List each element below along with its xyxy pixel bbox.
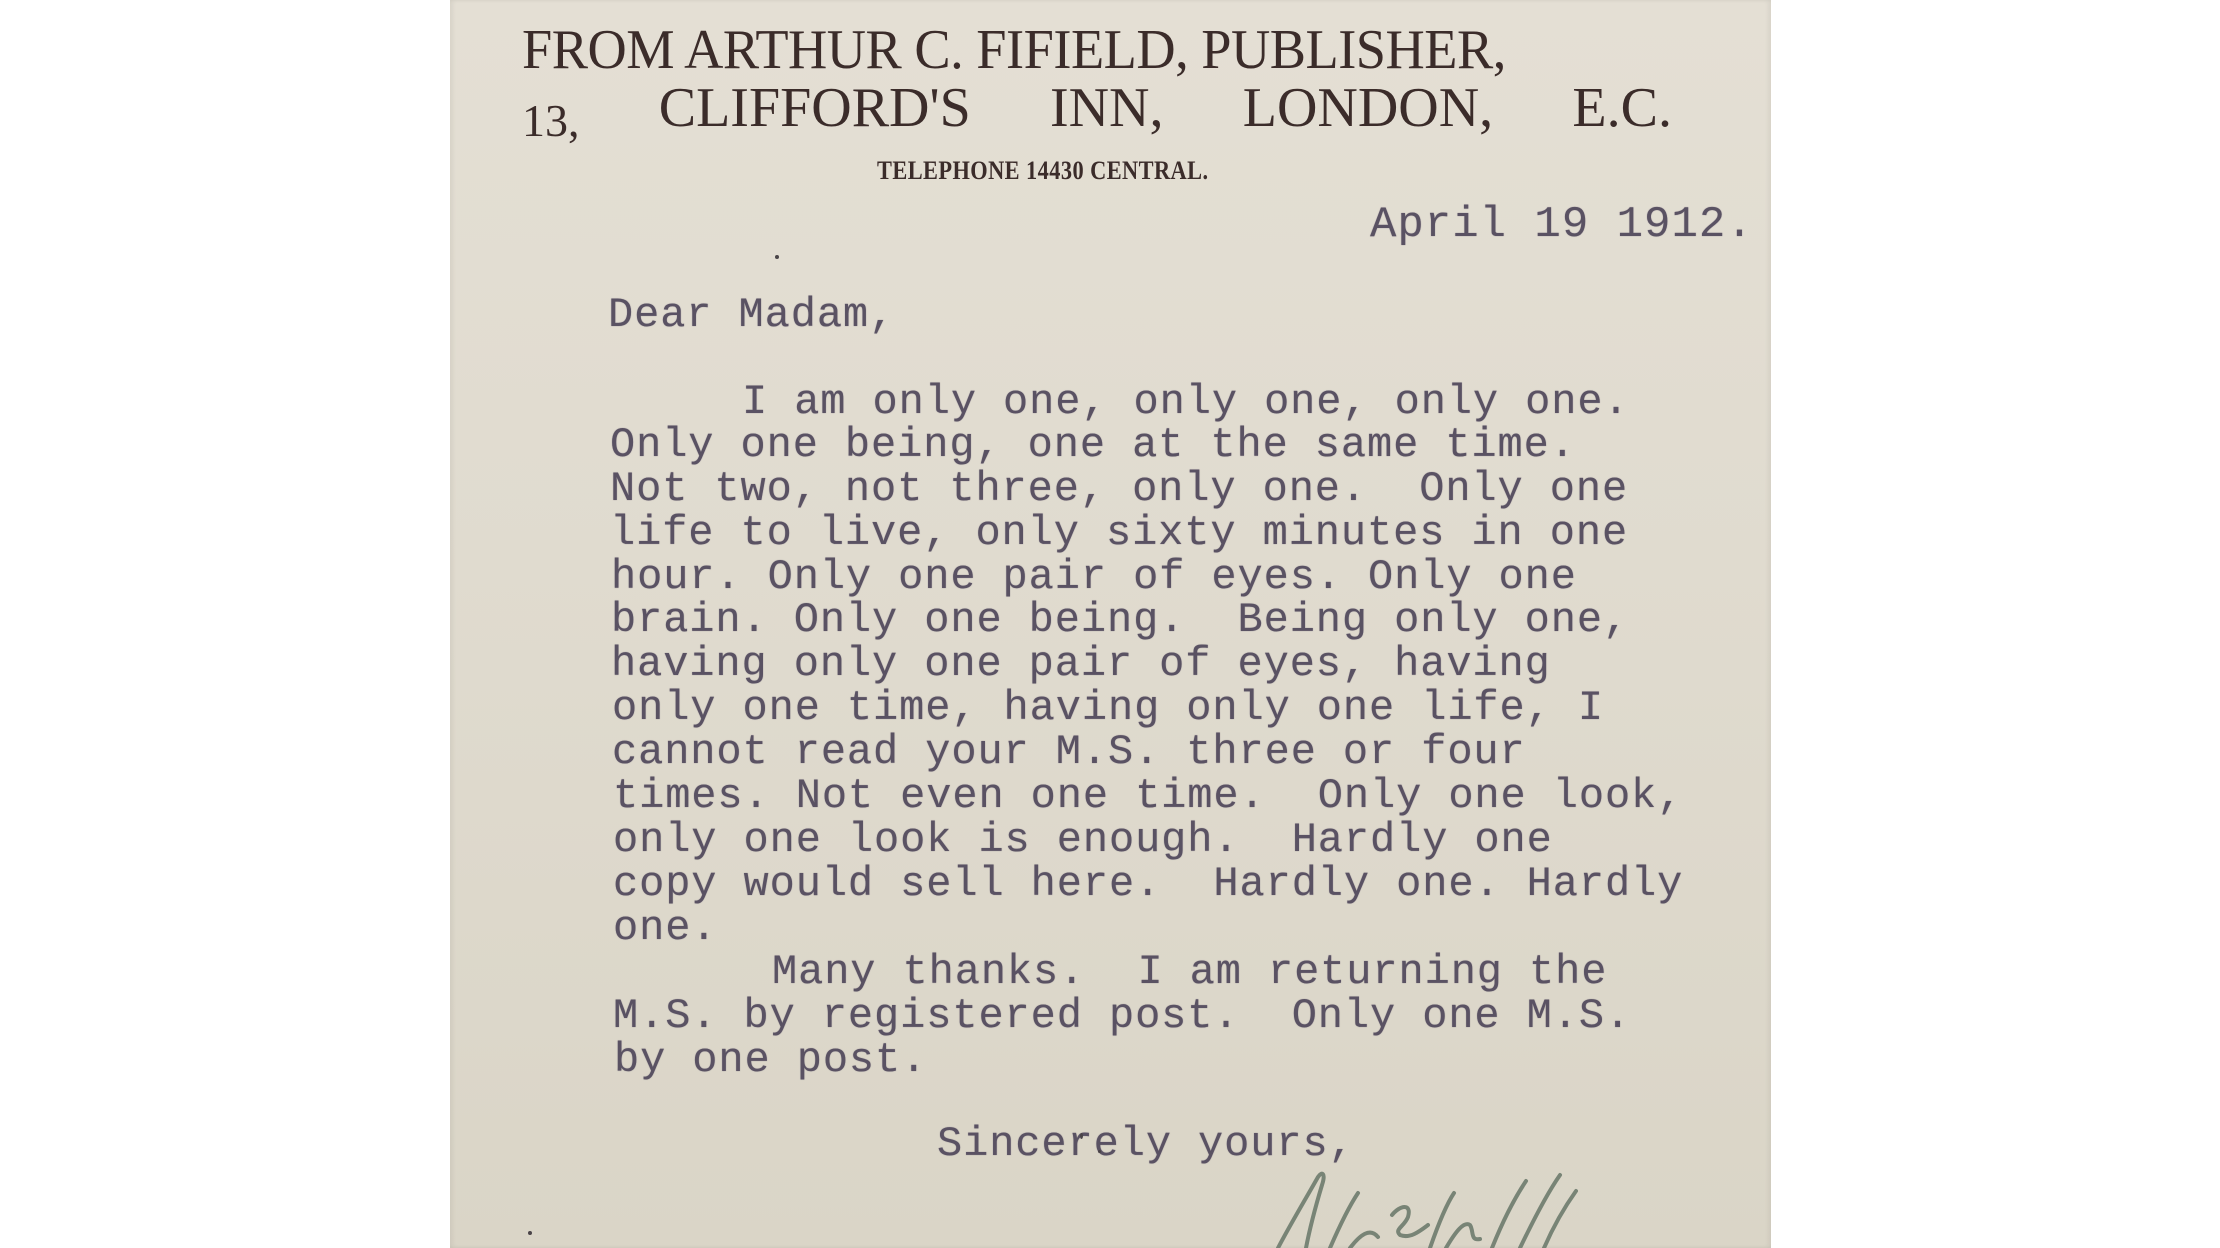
handwritten-signature [1270,1165,1600,1248]
body-line: M.S. by registered post. Only one M.S. [613,995,1631,1037]
letter-paper: FROM ARTHUR C. FIFIELD, PUBLISHER, 13, C… [450,0,1771,1248]
body-line: cannot read your M.S. three or four [612,731,1526,773]
body-line: hour. Only one pair of eyes. Only one [611,556,1577,598]
letterhead-address-word: INN, [1050,80,1164,136]
body-line: only one time, having only one life, I [612,687,1604,729]
letterhead-telephone: TELEPHONE 14430 CENTRAL. [877,158,1208,184]
body-line: Only one being, one at the same time. [610,424,1576,466]
body-line: times. Not even one time. Only one look, [613,775,1683,817]
body-line: Not two, not three, only one. Only one [610,468,1628,510]
letterhead-address: 13, CLIFFORD'S INN, LONDON, E.C. [522,80,1672,136]
closing: Sincerely yours, [937,1123,1355,1165]
body-line: having only one pair of eyes, having [611,643,1551,685]
letterhead-address-word: CLIFFORD'S [659,80,971,136]
body-line: by one post. [614,1039,927,1081]
salutation: Dear Madam, [608,294,895,336]
body-line: one. [613,907,717,949]
body-line: I am only one, only one, only one. [742,381,1630,423]
body-line: life to live, only sixty minutes in one [610,512,1628,554]
paper-speck [1098,1150,1101,1153]
body-line: Many thanks. I am returning the [772,951,1607,993]
letterhead-address-word: LONDON, [1243,80,1493,136]
letterhead-address-word: E.C. [1572,80,1672,136]
body-line: copy would sell here. Hardly one. Hardly [613,863,1683,905]
paper-speck [775,255,779,259]
paper-speck [528,1231,532,1235]
body-line: brain. Only one being. Being only one, [611,599,1629,641]
body-line: only one look is enough. Hardly one [613,819,1553,861]
letterhead-street-number: 13, [522,98,580,144]
letterhead-publisher: FROM ARTHUR C. FIFIELD, PUBLISHER, [522,22,1506,78]
letter-date: April 19 1912. [1370,203,1754,247]
paper-speck [1080,1133,1083,1139]
